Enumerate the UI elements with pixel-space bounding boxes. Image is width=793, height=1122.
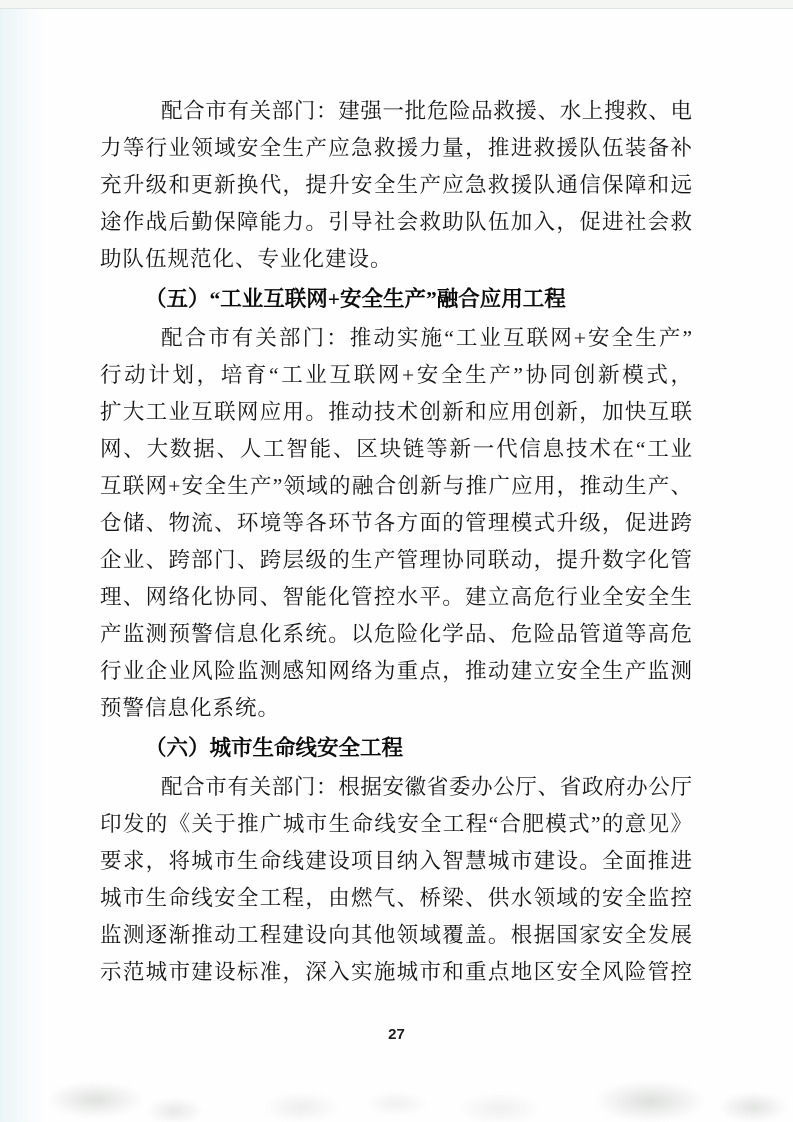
paragraph-city-lifeline: 配合市有关部门：根据安徽省委办公厅、省政府办公厅印发的《关于推广城市生命线安全工…	[100, 769, 692, 991]
text-line: 力等行业领域安全生产应急救援力量，推进救援队伍装备补	[100, 130, 692, 167]
text-line: 途作战后勤保障能力。引导社会救助队伍加入，促进社会救	[100, 204, 692, 241]
scan-artifact-left-edge	[0, 9, 46, 1122]
page-number: 27	[0, 1026, 793, 1043]
heading-section-6: （六）城市生命线安全工程	[100, 727, 692, 769]
text-line: 网、大数据、人工智能、区块链等新一代信息技术在“工业	[100, 431, 692, 468]
text-line: 互联网+安全生产”领域的融合创新与推广应用，推动生产、	[100, 468, 692, 505]
text-line: 示范城市建设标准，深入实施城市和重点地区安全风险管控	[100, 954, 692, 991]
text-line: 理、网络化协同、智能化管控水平。建立高危行业全安全生	[100, 579, 692, 616]
text-line: 配合市有关部门：建强一批危险品救援、水上搜救、电	[100, 93, 692, 130]
text-line: 预警信息化系统。	[100, 690, 692, 727]
text-line: 印发的《关于推广城市生命线安全工程“合肥模式”的意见》	[100, 806, 692, 843]
text-line: 行业企业风险监测感知网络为重点，推动建立安全生产监测	[100, 653, 692, 690]
text-line: 助队伍规范化、专业化建设。	[100, 241, 692, 278]
heading-section-5: （五）“工业互联网+安全生产”融合应用工程	[100, 278, 692, 320]
scan-artifact-top-line	[0, 0, 793, 9]
text-line: 充升级和更新换代，提升安全生产应急救援队通信保障和远	[100, 167, 692, 204]
text-line: 配合市有关部门：根据安徽省委办公厅、省政府办公厅	[100, 769, 692, 806]
text-line: 仓储、物流、环境等各环节各方面的管理模式升级，促进跨	[100, 505, 692, 542]
paragraph-rescue-forces: 配合市有关部门：建强一批危险品救援、水上搜救、电力等行业领域安全生产应急救援力量…	[100, 93, 692, 278]
text-line: 扩大工业互联网应用。推动技术创新和应用创新，加快互联	[100, 394, 692, 431]
document-page: 配合市有关部门：建强一批危险品救援、水上搜救、电力等行业领域安全生产应急救援力量…	[0, 0, 793, 1122]
text-line: 产监测预警信息化系统。以危险化学品、危险品管道等高危	[100, 616, 692, 653]
text-line: 配合市有关部门：推动实施“工业互联网+安全生产”	[100, 320, 692, 357]
text-line: 要求，将城市生命线建设项目纳入智慧城市建设。全面推进	[100, 843, 692, 880]
text-line: 城市生命线安全工程，由燃气、桥梁、供水领域的安全监控	[100, 880, 692, 917]
document-body: 配合市有关部门：建强一批危险品救援、水上搜救、电力等行业领域安全生产应急救援力量…	[100, 93, 692, 991]
text-line: 企业、跨部门、跨层级的生产管理协同联动，提升数字化管	[100, 542, 692, 579]
paragraph-industrial-internet: 配合市有关部门：推动实施“工业互联网+安全生产”行动计划，培育“工业互联网+安全…	[100, 320, 692, 727]
text-line: 监测逐渐推动工程建设向其他领域覆盖。根据国家安全发展	[100, 917, 692, 954]
scan-artifact-bottom	[0, 1048, 793, 1122]
text-line: 行动计划，培育“工业互联网+安全生产”协同创新模式，	[100, 357, 692, 394]
